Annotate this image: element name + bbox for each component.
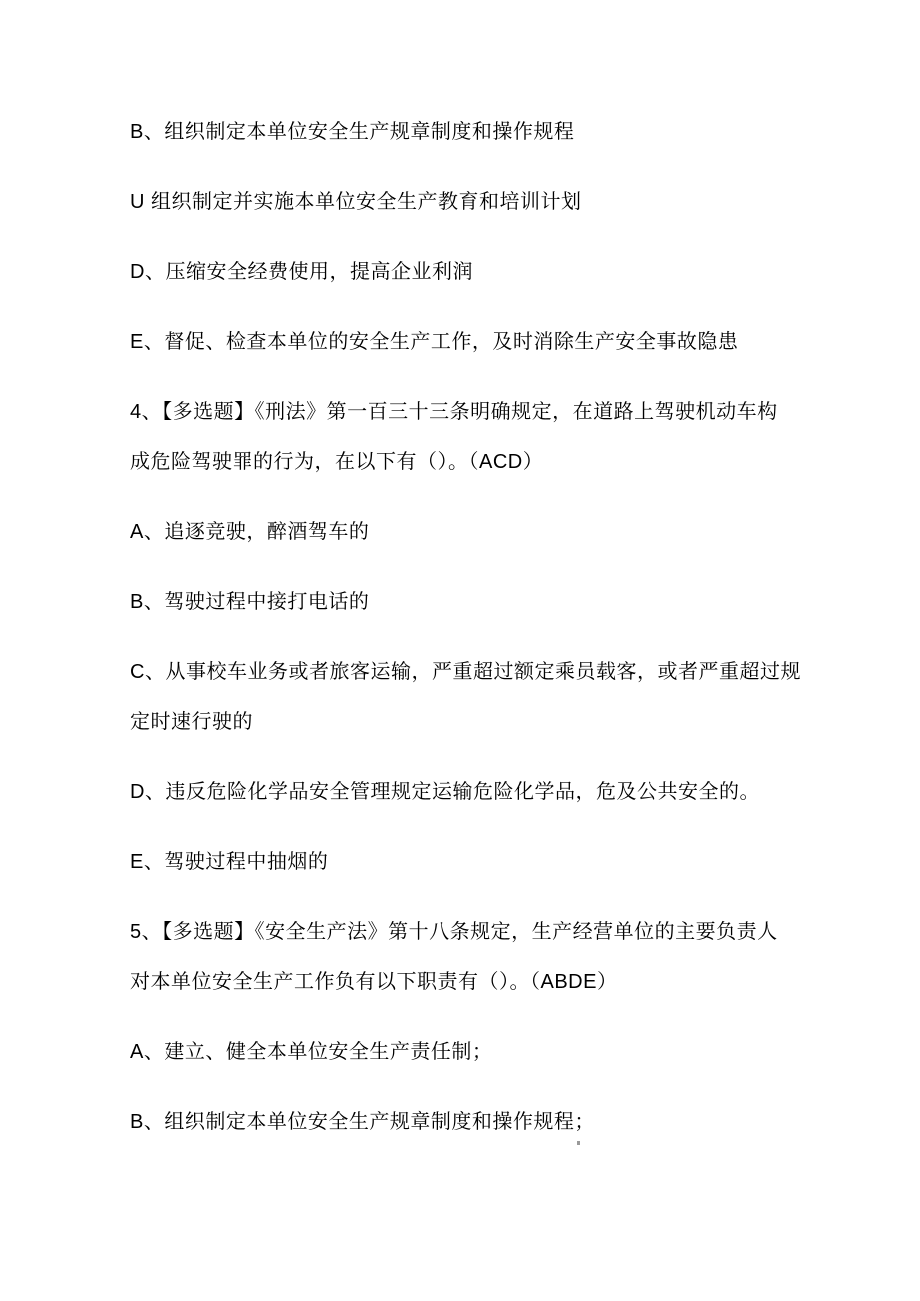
text-line: B、组织制定本单位安全生产规章制度和操作规程； bbox=[130, 1097, 810, 1147]
question-4-stem: 4、【多选题】《刑法》第一百三十三条明确规定，在道路上驾驶机动车构 成危险驾驶罪… bbox=[130, 387, 810, 487]
text-line: C、从事校车业务或者旅客运输，严重超过额定乘员载客，或者严重超过规 bbox=[130, 647, 810, 697]
question-3-option-d: D、压缩安全经费使用，提高企业利润 bbox=[130, 247, 810, 297]
question-3-option-e: E、督促、检查本单位的安全生产工作，及时消除生产安全事故隐患 bbox=[130, 317, 810, 367]
text-line: U 组织制定并实施本单位安全生产教育和培训计划 bbox=[130, 177, 810, 227]
question-4-option-a: A、追逐竞驶，醉酒驾车的 bbox=[130, 507, 810, 557]
text-line: B、组织制定本单位安全生产规章制度和操作规程 bbox=[130, 107, 810, 157]
text-line: D、违反危险化学品安全管理规定运输危险化学品，危及公共安全的。 bbox=[130, 767, 810, 817]
question-5-option-b: B、组织制定本单位安全生产规章制度和操作规程； bbox=[130, 1097, 810, 1147]
text-line: 对本单位安全生产工作负有以下职责有（）。（ABDE） bbox=[130, 957, 810, 1007]
text-line: D、压缩安全经费使用，提高企业利润 bbox=[130, 247, 810, 297]
question-5-stem: 5、【多选题】《安全生产法》第十八条规定，生产经营单位的主要负责人 对本单位安全… bbox=[130, 907, 810, 1007]
text-line: A、建立、健全本单位安全生产责任制； bbox=[130, 1027, 810, 1077]
text-line: E、督促、检查本单位的安全生产工作，及时消除生产安全事故隐患 bbox=[130, 317, 810, 367]
text-line: 成危险驾驶罪的行为，在以下有（）。（ACD） bbox=[130, 437, 810, 487]
question-4-option-d: D、违反危险化学品安全管理规定运输危险化学品，危及公共安全的。 bbox=[130, 767, 810, 817]
question-5-option-a: A、建立、健全本单位安全生产责任制； bbox=[130, 1027, 810, 1077]
text-line: E、驾驶过程中抽烟的 bbox=[130, 837, 810, 887]
document-page: B、组织制定本单位安全生产规章制度和操作规程 U 组织制定并实施本单位安全生产教… bbox=[0, 0, 920, 1301]
scan-artifact-dot bbox=[577, 1141, 580, 1145]
text-line: B、驾驶过程中接打电话的 bbox=[130, 577, 810, 627]
question-4-option-c: C、从事校车业务或者旅客运输，严重超过额定乘员载客，或者严重超过规 定时速行驶的 bbox=[130, 647, 810, 747]
text-block: B、组织制定本单位安全生产规章制度和操作规程 U 组织制定并实施本单位安全生产教… bbox=[130, 107, 810, 1167]
question-4-option-e: E、驾驶过程中抽烟的 bbox=[130, 837, 810, 887]
text-line: 4、【多选题】《刑法》第一百三十三条明确规定，在道路上驾驶机动车构 bbox=[130, 387, 810, 437]
text-line: 定时速行驶的 bbox=[130, 697, 810, 747]
text-line: A、追逐竞驶，醉酒驾车的 bbox=[130, 507, 810, 557]
question-3-option-c: U 组织制定并实施本单位安全生产教育和培训计划 bbox=[130, 177, 810, 227]
text-line: 5、【多选题】《安全生产法》第十八条规定，生产经营单位的主要负责人 bbox=[130, 907, 810, 957]
question-3-option-b: B、组织制定本单位安全生产规章制度和操作规程 bbox=[130, 107, 810, 157]
question-4-option-b: B、驾驶过程中接打电话的 bbox=[130, 577, 810, 627]
